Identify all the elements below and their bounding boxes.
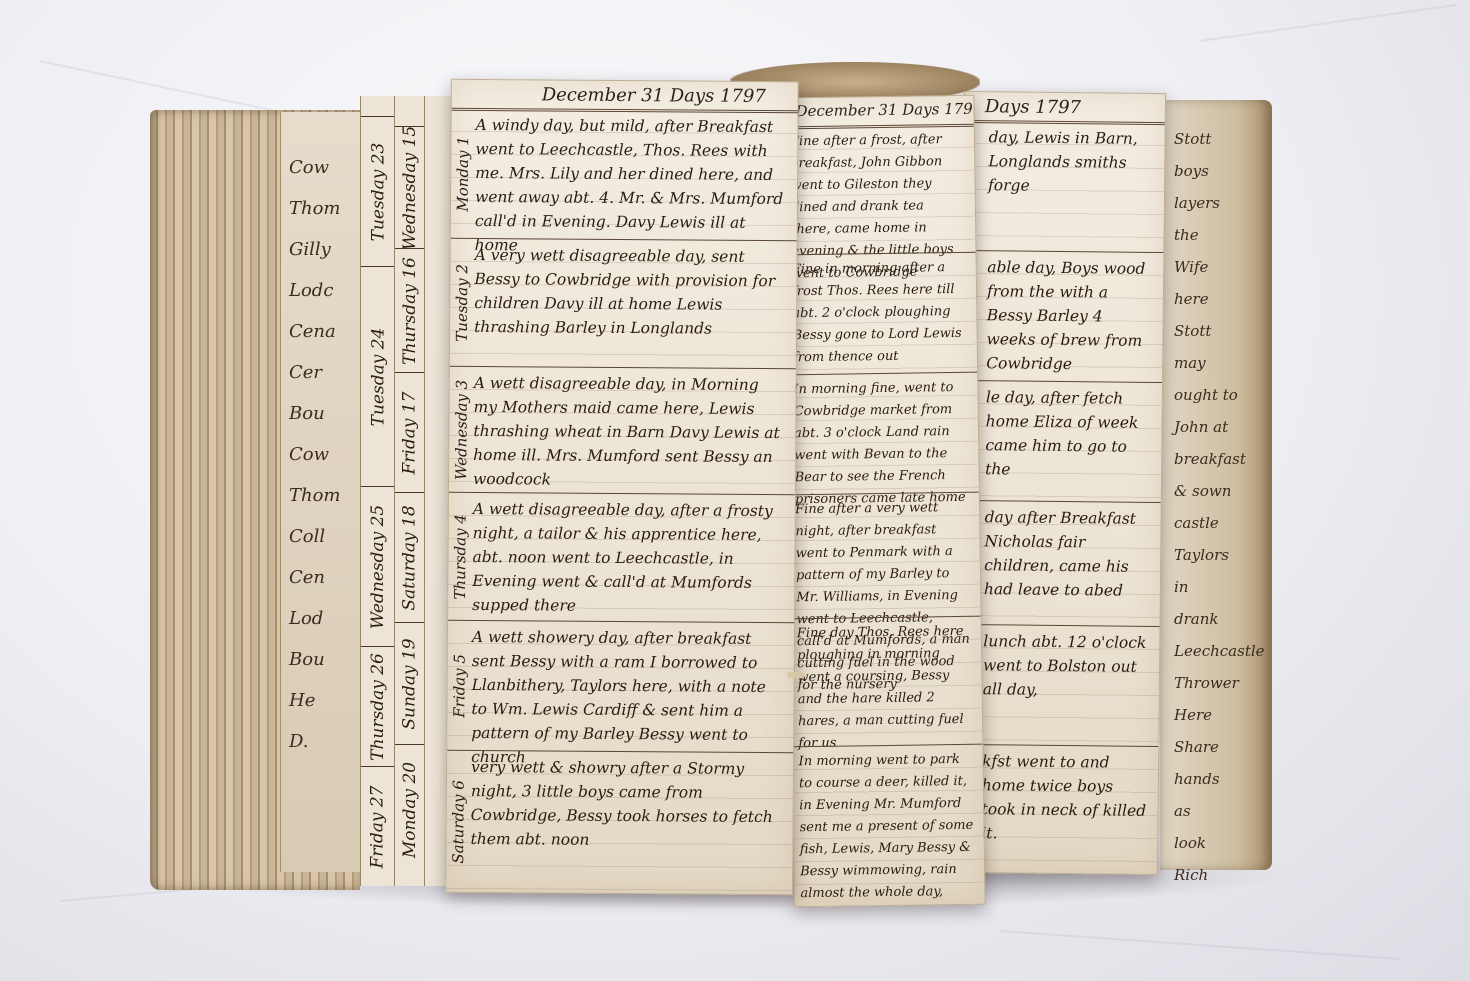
left-edge-line: Lodc bbox=[289, 280, 360, 301]
right-edge-line: here bbox=[1174, 290, 1272, 308]
left-edge-line: Cen bbox=[289, 567, 360, 588]
diary-entry: day after Breakfast Nicholas fair childr… bbox=[960, 500, 1161, 627]
left-edge-line: Bou bbox=[289, 649, 360, 670]
left-edge-line: D. bbox=[289, 731, 360, 752]
weekday-label: Tuesday 2 bbox=[452, 245, 473, 361]
weekday-label: Thursday 4 bbox=[450, 499, 471, 615]
right-edge-line: may bbox=[1174, 354, 1272, 372]
right-edge-line: layers bbox=[1174, 194, 1272, 212]
day-label: Tuesday 23 bbox=[361, 116, 395, 267]
weekday-label: Friday 5 bbox=[449, 627, 470, 745]
right-edge-line: John at bbox=[1174, 418, 1272, 436]
left-edge-line: Cow bbox=[289, 157, 360, 178]
day-label: Wednesday 25 bbox=[361, 486, 395, 647]
right-edge-line: ought to bbox=[1174, 386, 1272, 404]
right-edge-page: Stott boys layers the Wife here Stott ma… bbox=[1160, 100, 1272, 870]
right-edge-line: breakfast bbox=[1174, 450, 1272, 468]
day-label: Friday 27 bbox=[361, 766, 395, 887]
right-edge-line: as bbox=[1174, 802, 1272, 820]
diary-entry: Fine after a frost, after breakfast, Joh… bbox=[784, 124, 976, 256]
diary-entry: Tuesday 2 A very wett disagreeable day, … bbox=[450, 238, 797, 369]
diary-entry: Thursday 4 A wett disagreeable day, afte… bbox=[448, 492, 795, 623]
left-edge-line: Thom bbox=[289, 485, 360, 506]
diary-entry: day, Lewis in Barn, Longlands smiths for… bbox=[963, 120, 1164, 253]
diary-entry: Fine after a very wett night, after brea… bbox=[789, 492, 981, 620]
right-edge-line: Wife bbox=[1174, 258, 1272, 276]
tissue-crease bbox=[1200, 4, 1458, 42]
left-edge-line: Cow bbox=[289, 444, 360, 465]
inner-day-column: Wednesday 15 Thursday 16 Friday 17 Satur… bbox=[394, 96, 426, 886]
left-edge-line: Lod bbox=[289, 608, 360, 629]
right-edge-line: drank bbox=[1174, 610, 1272, 628]
day-label: Wednesday 15 bbox=[395, 126, 425, 249]
right-edge-line: hands bbox=[1174, 770, 1272, 788]
diary-entry: Friday 5 A wett showery day, after break… bbox=[447, 620, 794, 753]
diary-entry: In morning fine, went to Cowbridge marke… bbox=[787, 372, 979, 496]
day-label: Thursday 16 bbox=[395, 248, 425, 373]
day-label: Tuesday 24 bbox=[361, 266, 395, 487]
day-label: Saturday 18 bbox=[395, 492, 425, 623]
right-edge-line: look bbox=[1174, 834, 1272, 852]
right-edge-line: & sown bbox=[1174, 482, 1272, 500]
tissue-crease bbox=[1000, 930, 1399, 960]
diary-entry: kfst went to and home twice boys took in… bbox=[957, 744, 1158, 875]
right-edge-line: Share bbox=[1174, 738, 1272, 756]
diary-entry: Wednesday 3 A wett disagreeable day, in … bbox=[449, 366, 796, 495]
insert-leaf-right: December 31 Days 1797 Fine after a frost… bbox=[782, 95, 985, 908]
left-edge-line: Gilly bbox=[289, 239, 360, 260]
right-edge-line: Taylors bbox=[1174, 546, 1272, 564]
left-edge-line: Cena bbox=[289, 321, 360, 342]
diary-entry: Fine in morning after a frost Thos. Rees… bbox=[786, 252, 978, 376]
left-edge-line: Thom bbox=[289, 198, 360, 219]
diary-entry: le day, after fetch home Eliza of week c… bbox=[961, 380, 1162, 503]
left-edge-line: Cer bbox=[289, 362, 360, 383]
diary-entry: Saturday 6 very wett & showry after a St… bbox=[446, 750, 793, 895]
day-label: Thursday 26 bbox=[361, 646, 395, 767]
right-edge-line: Thrower bbox=[1174, 674, 1272, 692]
right-edge-line: castle bbox=[1174, 514, 1272, 532]
right-edge-line: boys bbox=[1174, 162, 1272, 180]
day-label: Friday 17 bbox=[395, 372, 425, 493]
outer-day-column: Tuesday 23 Tuesday 24 Wednesday 25 Thurs… bbox=[360, 96, 396, 886]
left-edge-line: Coll bbox=[289, 526, 360, 547]
weekday-label: Monday 1 bbox=[453, 115, 474, 233]
right-edge-line: Leechcastle bbox=[1174, 642, 1272, 660]
left-edge-line: He bbox=[289, 690, 360, 711]
left-edge-page: Cow Thom Gilly Lodc Cena Cer Bou Cow Tho… bbox=[280, 112, 360, 872]
left-edge-line: Bou bbox=[289, 403, 360, 424]
insert-leaf-third: Days 1797 day, Lewis in Barn, Longlands … bbox=[956, 91, 1166, 875]
right-edge-line: Stott bbox=[1174, 130, 1272, 148]
day-label: Sunday 19 bbox=[395, 622, 425, 745]
day-label: Monday 20 bbox=[395, 744, 425, 875]
right-edge-line: Here bbox=[1174, 706, 1272, 724]
right-edge-line: Rich bbox=[1174, 866, 1272, 884]
diary-entry: lunch abt. 12 o'clock went to Bolston ou… bbox=[958, 624, 1159, 747]
binding-thread bbox=[787, 672, 805, 678]
insert-leaf-left: December 31 Days 1797 Monday 1 A windy d… bbox=[445, 79, 799, 895]
weekday-label: Saturday 6 bbox=[448, 757, 469, 887]
diary-entry: Monday 1 A windy day, but mild, after Br… bbox=[451, 108, 798, 241]
diary-entry: Fine day Thos. Rees here ploughing in mo… bbox=[791, 616, 983, 748]
right-edge-line: Stott bbox=[1174, 322, 1272, 340]
weekday-label: Wednesday 3 bbox=[451, 373, 472, 487]
diary-entry: able day, Boys wood from the with a Bess… bbox=[962, 250, 1163, 383]
right-edge-line: the bbox=[1174, 226, 1272, 244]
right-edge-line: in bbox=[1174, 578, 1272, 596]
diary-entry: In morning went to park to course a deer… bbox=[792, 744, 984, 908]
